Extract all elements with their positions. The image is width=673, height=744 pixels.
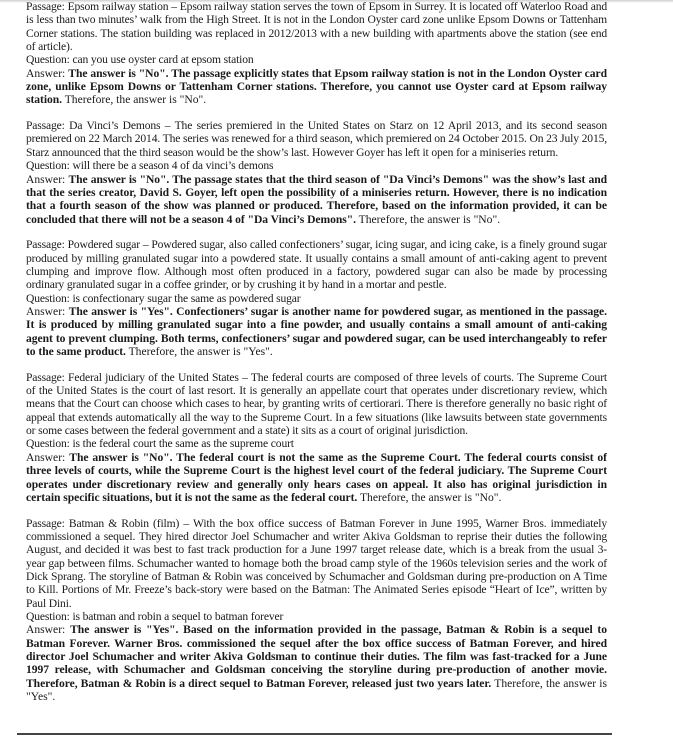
example-da-vinci: Passage: Da Vinci’s Demons – The series … xyxy=(26,119,607,226)
answer-text: Answer: The answer is "No". The passage … xyxy=(26,67,607,107)
answer-text: Answer: The answer is "No". The passage … xyxy=(26,173,607,226)
passage-text: Passage: Powdered sugar – Powdered sugar… xyxy=(26,238,607,291)
passage-text: Passage: Epsom railway station – Epsom r… xyxy=(26,0,607,53)
passage-text: Passage: Da Vinci’s Demons – The series … xyxy=(26,119,607,159)
answer-text: Answer: The answer is "Yes". Confectione… xyxy=(26,305,607,358)
qa-examples-document: Passage: Epsom railway station – Epsom r… xyxy=(26,0,607,716)
example-federal-judiciary: Passage: Federal judiciary of the United… xyxy=(26,371,607,504)
answer-label: Answer: xyxy=(26,173,68,186)
answer-conclusion: Therefore, the answer is "Yes". xyxy=(126,345,273,358)
example-batman-robin: Passage: Batman & Robin (film) – With th… xyxy=(26,517,607,704)
question-text: Question: is confectionary sugar the sam… xyxy=(26,292,607,305)
answer-conclusion: Therefore, the answer is "No". xyxy=(357,491,501,504)
passage-text: Passage: Federal judiciary of the United… xyxy=(26,371,607,438)
question-text: Question: is the federal court the same … xyxy=(26,437,607,450)
answer-label: Answer: xyxy=(26,67,68,80)
answer-label: Answer: xyxy=(26,623,70,636)
answer-label: Answer: xyxy=(26,305,69,318)
passage-text: Passage: Batman & Robin (film) – With th… xyxy=(26,517,607,610)
question-text: Question: is batman and robin a sequel t… xyxy=(26,610,607,623)
answer-bold: The answer is "No". The passage states t… xyxy=(26,173,607,226)
question-text: Question: will there be a season 4 of da… xyxy=(26,159,607,172)
answer-conclusion: Therefore, the answer is "No". xyxy=(356,213,500,226)
answer-conclusion: Therefore, the answer is "No". xyxy=(62,93,206,106)
answer-bold: The answer is "No". The federal court is… xyxy=(26,451,607,504)
answer-label: Answer: xyxy=(26,451,69,464)
answer-text: Answer: The answer is "Yes". Based on th… xyxy=(26,623,607,703)
example-epsom: Passage: Epsom railway station – Epsom r… xyxy=(26,0,607,107)
answer-text: Answer: The answer is "No". The federal … xyxy=(26,451,607,504)
bottom-horizontal-rule xyxy=(17,733,612,735)
question-text: Question: can you use oyster card at eps… xyxy=(26,53,607,66)
example-powdered-sugar: Passage: Powdered sugar – Powdered sugar… xyxy=(26,238,607,358)
answer-bold: The answer is "Yes". Confectioners’ suga… xyxy=(26,305,607,358)
